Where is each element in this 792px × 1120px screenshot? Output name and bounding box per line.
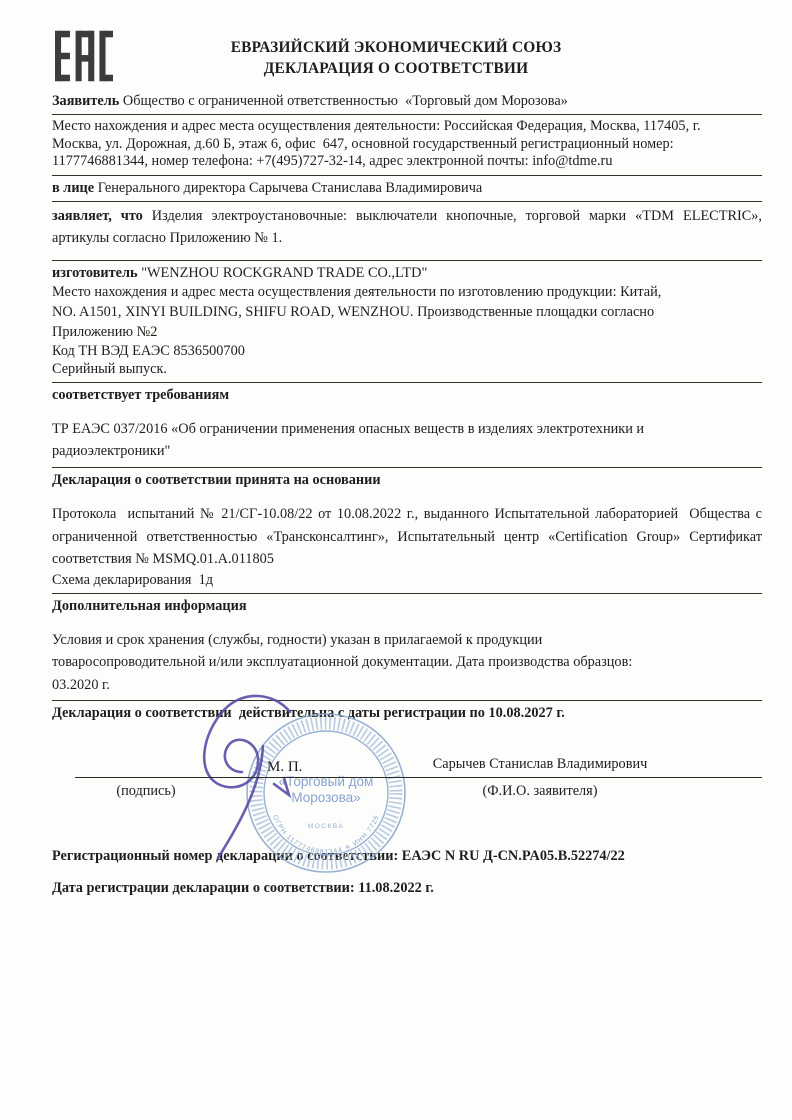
manufacturer-address-line: NO. A1501, XINYI BUILDING, SHIFU ROAD, W… xyxy=(52,302,762,322)
serial-line: Серийный выпуск. xyxy=(52,360,762,378)
section-divider xyxy=(52,114,762,115)
section-divider xyxy=(52,201,762,202)
declares-line: артикулы согласно Приложению № 1. xyxy=(52,227,762,250)
signatory-name: Сарычев Станислав Владимирович xyxy=(375,756,705,773)
eac-mark-icon xyxy=(55,29,113,83)
address-line: 1177746881344, номер телефона: +7(495)72… xyxy=(52,153,762,171)
declaration-document-page: ЕВРАЗИЙСКИЙ ЭКОНОМИЧЕСКИЙ СОЮЗ ДЕКЛАРАЦИ… xyxy=(0,0,792,1120)
address-line: Место нахождения и адрес места осуществл… xyxy=(52,118,762,136)
requirements-paragraph: ТР ЕАЭС 037/2016 «Об ограничении примене… xyxy=(52,418,762,463)
stamp-city: МОСКВА xyxy=(308,823,344,830)
requirements-heading: соответствует требованиям xyxy=(52,386,762,404)
manufacturer-address: Место нахождения и адрес места осуществл… xyxy=(52,282,762,342)
additional-line: товаросопроводительной и/или эксплуатаци… xyxy=(52,651,762,674)
signature-line xyxy=(75,777,762,778)
signatory-caption: (Ф.И.О. заявителя) xyxy=(375,783,705,800)
section-divider xyxy=(52,382,762,383)
signature-caption: (подпись) xyxy=(76,783,216,800)
registration-date-line: Дата регистрации декларации о соответств… xyxy=(52,879,762,897)
union-title: ЕВРАЗИЙСКИЙ ЭКОНОМИЧЕСКИЙ СОЮЗ xyxy=(0,37,792,58)
tnved-line: Код ТН ВЭД ЕАЭС 8536500700 xyxy=(52,342,762,360)
declaration-title: ДЕКЛАРАЦИЯ О СООТВЕТСТВИИ xyxy=(0,58,792,79)
document-body: Заявитель Общество с ограниченной ответс… xyxy=(0,92,792,897)
section-divider xyxy=(52,593,762,594)
additional-line: Условия и срок хранения (службы, годност… xyxy=(52,629,762,652)
manufacturer-address-line: Приложению №2 xyxy=(52,322,762,342)
manufacturer-address-line: Место нахождения и адрес места осуществл… xyxy=(52,282,762,302)
applicant-value: Общество с ограниченной ответственностью… xyxy=(123,93,568,109)
manufacturer-name: "WENZHOU ROCKGRAND TRADE CO.,LTD" xyxy=(141,265,427,281)
section-divider xyxy=(52,260,762,261)
additional-heading: Дополнительная информация xyxy=(52,597,762,615)
basis-line: соответствия № MSMQ.01.A.011805 xyxy=(52,548,762,571)
applicant-label: Заявитель xyxy=(52,93,119,109)
basis-line: ограниченной ответственностью «Трансконс… xyxy=(52,526,762,549)
declares-line: заявляет, что Изделия электроустановочны… xyxy=(52,205,762,228)
in-person-line: в лице Генерального директора Сарычева С… xyxy=(52,179,762,197)
applicant-address: Место нахождения и адрес места осуществл… xyxy=(52,118,762,171)
declares-value: Изделия электроустановочные: выключатели… xyxy=(152,208,762,224)
signature-area: ОГРН 1177746881344 ✳ ИНН 7726417208 «Тор… xyxy=(52,737,762,833)
requirements-line: радиоэлектроники" xyxy=(52,440,762,463)
manufacturer-label: изготовитель xyxy=(52,265,138,281)
basis-paragraph: Протокола испытаний № 21/СГ-10.08/22 от … xyxy=(52,503,762,571)
section-divider xyxy=(52,700,762,701)
declares-paragraph: заявляет, что Изделия электроустановочны… xyxy=(52,205,762,250)
stamp-place-label: М. П. xyxy=(267,759,302,776)
basis-line: Протокола испытаний № 21/СГ-10.08/22 от … xyxy=(52,503,762,526)
additional-paragraph: Условия и срок хранения (службы, годност… xyxy=(52,629,762,697)
section-divider xyxy=(52,175,762,176)
in-person-value: Генерального директора Сарычева Станисла… xyxy=(98,180,483,196)
declares-label: заявляет, что xyxy=(52,208,143,224)
section-divider xyxy=(52,467,762,468)
additional-line: 03.2020 г. xyxy=(52,674,762,697)
address-line: Москва, ул. Дорожная, д.60 Б, этаж 6, оф… xyxy=(52,136,762,154)
manufacturer-line: изготовитель "WENZHOU ROCKGRAND TRADE CO… xyxy=(52,264,762,282)
requirements-line: ТР ЕАЭС 037/2016 «Об ограничении примене… xyxy=(52,418,762,441)
in-person-label: в лице xyxy=(52,180,94,196)
applicant-line: Заявитель Общество с ограниченной ответс… xyxy=(52,92,762,110)
scheme-line: Схема декларирования 1д xyxy=(52,571,762,589)
basis-heading: Декларация о соответствии принята на осн… xyxy=(52,471,762,489)
document-header: ЕВРАЗИЙСКИЙ ЭКОНОМИЧЕСКИЙ СОЮЗ ДЕКЛАРАЦИ… xyxy=(0,0,792,79)
